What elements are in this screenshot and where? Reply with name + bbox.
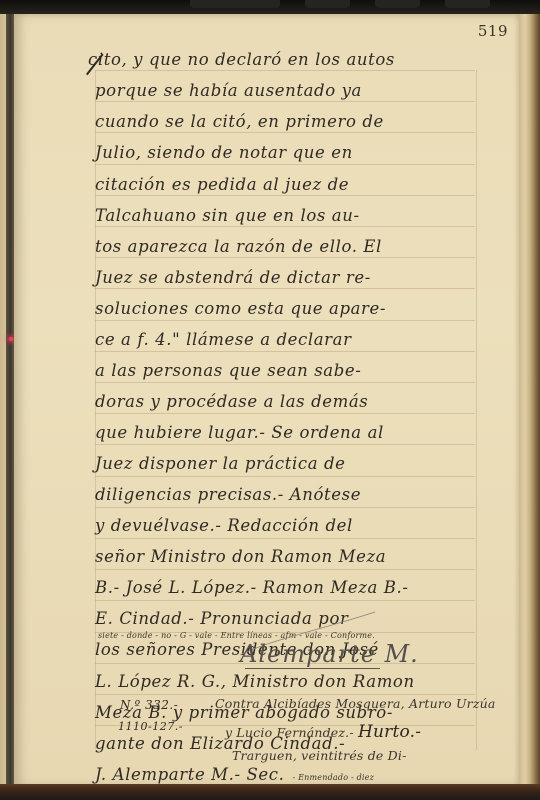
scanner-clamp xyxy=(375,0,420,8)
entry-crime: Hurto.- xyxy=(358,722,421,742)
text-line: tos aparezca la razón de ello. El xyxy=(95,237,495,256)
text-line: diligencias precisas.- Anótese xyxy=(95,485,495,504)
text-line: ce a f. 4." llámese a declarar xyxy=(95,330,495,349)
ruled-line xyxy=(95,382,475,383)
page-stack-edge xyxy=(519,14,540,789)
text-line: cuando se la citó, en primero de xyxy=(95,112,495,131)
ruled-line xyxy=(95,101,475,102)
ruled-line xyxy=(95,195,475,196)
ruled-line xyxy=(95,476,475,477)
ruled-line xyxy=(95,70,475,71)
text-line: señor Ministro don Ramon Meza xyxy=(95,547,495,566)
entry-defendant: y Lucio Fernández.- xyxy=(225,725,354,740)
ruled-line xyxy=(95,226,475,227)
ruled-line xyxy=(95,444,475,445)
text-line: Julio, siendo de notar que en xyxy=(95,143,495,162)
text-line: citación es pedida al juez de xyxy=(95,175,495,194)
ruled-line xyxy=(95,413,475,414)
scanner-clamp xyxy=(305,0,350,8)
entry-text-line: Trarguen, veintitrés de Di- xyxy=(232,748,407,763)
text-line: y devuélvase.- Redacción del xyxy=(95,516,495,535)
text-line: cito, y que no declaró en los autos xyxy=(88,50,488,69)
text-line: B.- José L. López.- Ramon Meza B.- xyxy=(95,578,495,597)
page-number: 519 xyxy=(478,22,508,40)
ruled-line xyxy=(95,569,475,570)
ruled-line xyxy=(95,288,475,289)
text-line: a las personas que sean sabe- xyxy=(95,361,495,380)
text-line: J. Alemparte M.- Sec.- Enmendado - diez xyxy=(95,765,495,784)
ruled-line xyxy=(95,132,475,133)
entry-number: N.º 332.- xyxy=(120,698,178,712)
signature: Alemparte M. xyxy=(240,640,419,668)
entry-text-line: Contra Alcibíades Mosquera, Arturo Urzúa xyxy=(215,696,496,711)
book-cover-bottom xyxy=(0,784,540,800)
text-line: porque se había ausentado ya xyxy=(95,81,495,100)
laser-dot xyxy=(9,337,13,341)
text-line: soluciones como esta que apare- xyxy=(95,299,495,318)
text-line: Juez se abstendrá de dictar re- xyxy=(95,268,495,287)
scanner-clamp xyxy=(445,0,490,8)
ruled-line xyxy=(95,257,475,258)
text-line: que hubiere lugar.- Se ordena al xyxy=(95,423,495,442)
ruled-line xyxy=(95,351,475,352)
ruled-line xyxy=(95,164,475,165)
text-line: L. López R. G., Ministro don Ramon xyxy=(95,672,495,691)
ruled-line xyxy=(95,694,475,695)
ruled-line xyxy=(95,320,475,321)
entry-reference: 1110-127.- xyxy=(118,720,183,733)
signature-underline xyxy=(245,668,380,669)
trailing-note: - Enmendado - diez xyxy=(292,773,374,782)
text-line: Talcahuano sin que en los au- xyxy=(95,206,495,225)
scanner-clamp xyxy=(190,0,280,8)
text-line: Juez disponer la práctica de xyxy=(95,454,495,473)
ruled-line xyxy=(95,600,475,601)
ruled-line xyxy=(95,507,475,508)
text-line: doras y procédase a las demás xyxy=(95,392,495,411)
entry-text-line: y Lucio Fernández.- Hurto.- xyxy=(225,722,421,742)
ruled-line xyxy=(95,538,475,539)
